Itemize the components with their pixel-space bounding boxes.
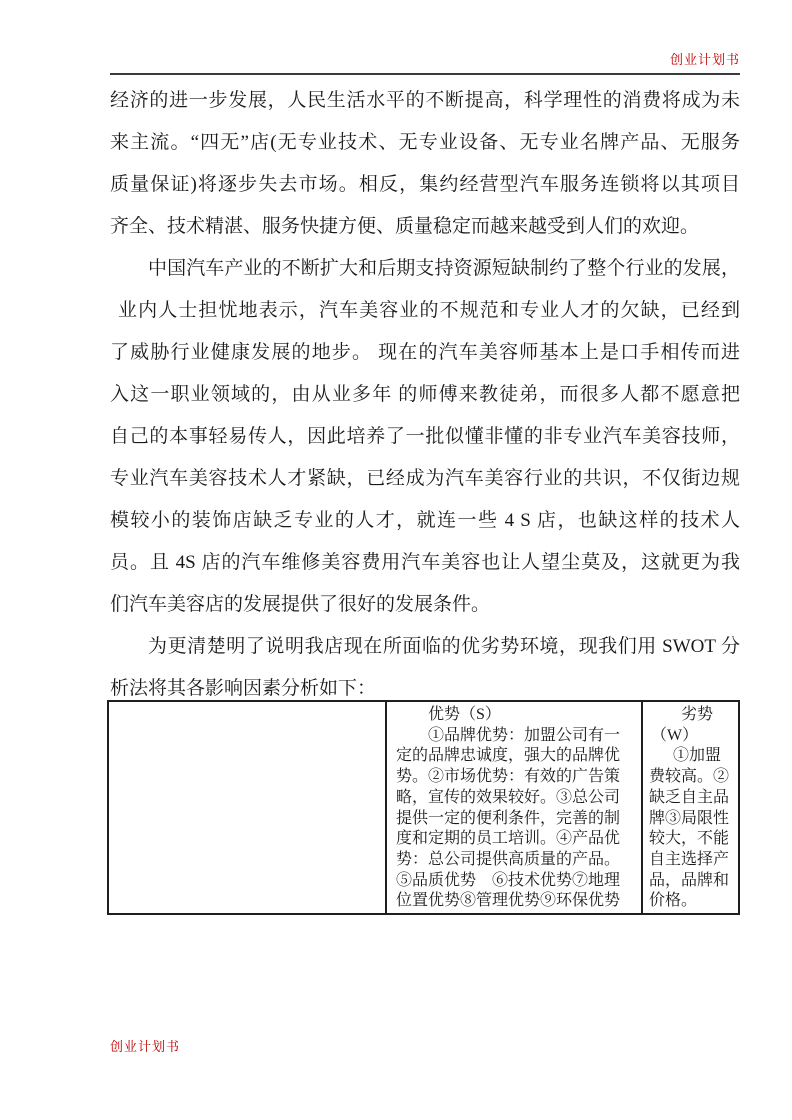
strengths-line: 位置优势⑧管理优势⑨环保优势 bbox=[396, 891, 633, 912]
body-line: 入这一职业领域的，由从业多年 的师傅来教徒弟，而很多人都不愿意把 bbox=[110, 374, 740, 416]
swot-table-weaknesses-cell: 劣势（W）①加盟费较高。②缺乏自主品牌③局限性较大，不能自主选择产品，品牌和价格… bbox=[641, 702, 738, 913]
body-line: 齐全、技术精湛、服务快捷方便、质量稳定而越来越受到人们的欢迎。 bbox=[110, 206, 740, 248]
weaknesses-line: 劣势 bbox=[649, 705, 734, 726]
weaknesses-line: 价格。 bbox=[649, 891, 734, 912]
body-line: 质量保证)将逐步失去市场。相反，集约经营型汽车服务连锁将以其项目 bbox=[110, 164, 740, 206]
weaknesses-line: 自主选择产 bbox=[649, 850, 734, 871]
body-line: 自己的本事轻易传人，因此培养了一批似懂非懂的非专业汽车美容技师， bbox=[110, 416, 740, 458]
body-line: 为更清楚明了说明我店现在所面临的优劣势环境，现我们用 SWOT 分 bbox=[110, 626, 740, 668]
strengths-line: 略，宣传的效果较好。③总公司 bbox=[396, 788, 633, 809]
strengths-line: 度和定期的员工培训。④产品优 bbox=[396, 829, 633, 850]
strengths-line: 优势（S） bbox=[396, 705, 633, 726]
strengths-line: 定的品牌忠诚度，强大的品牌优 bbox=[396, 746, 633, 767]
strengths-line: 势：总公司提供高质量的产品。 bbox=[396, 850, 633, 871]
body-text: 经济的进一步发展，人民生活水平的不断提高，科学理性的消费将成为未来主流。“四无”… bbox=[110, 80, 740, 710]
strengths-line: 提供一定的便利条件，完善的制 bbox=[396, 809, 633, 830]
header-rule bbox=[110, 73, 740, 75]
weaknesses-line: 较大，不能 bbox=[649, 829, 734, 850]
body-line: 了威胁行业健康发展的地步。 现在的汽车美容师基本上是口手相传而进 bbox=[110, 332, 740, 374]
page-header-title: 创业计划书 bbox=[110, 50, 740, 70]
weaknesses-line: ①加盟 bbox=[649, 746, 734, 767]
body-line: 业内人士担忧地表示，汽车美容业的不规范和专业人才的欠缺，已经到 bbox=[110, 290, 740, 332]
body-line: 中国汽车产业的不断扩大和后期支持资源短缺制约了整个行业的发展， bbox=[110, 248, 740, 290]
weaknesses-line: （W） bbox=[649, 726, 734, 747]
body-line: 专业汽车美容技术人才紧缺，已经成为汽车美容行业的共识，不仅街边规 bbox=[110, 458, 740, 500]
weaknesses-line: 品，品牌和 bbox=[649, 871, 734, 892]
body-line: 经济的进一步发展，人民生活水平的不断提高，科学理性的消费将成为未 bbox=[110, 80, 740, 122]
strengths-line: ①品牌优势：加盟公司有一 bbox=[396, 726, 633, 747]
strengths-line: ⑤品质优势 ⑥技术优势⑦地理 bbox=[396, 871, 633, 892]
weaknesses-line: 费较高。② bbox=[649, 767, 734, 788]
weaknesses-line: 牌③局限性 bbox=[649, 809, 734, 830]
document-page: 创业计划书 经济的进一步发展，人民生活水平的不断提高，科学理性的消费将成为未来主… bbox=[0, 0, 792, 1120]
body-line: 模较小的装饰店缺乏专业的人才，就连一些 4 S 店，也缺这样的技术人 bbox=[110, 500, 740, 542]
swot-table-empty-cell bbox=[109, 702, 385, 913]
weaknesses-line: 缺乏自主品 bbox=[649, 788, 734, 809]
page-footer-title: 创业计划书 bbox=[110, 1038, 180, 1056]
body-line: 员。且 4S 店的汽车维修美容费用汽车美容也让人望尘莫及，这就更为我 bbox=[110, 542, 740, 584]
body-line: 来主流。“四无”店(无专业技术、无专业设备、无专业名牌产品、无服务 bbox=[110, 122, 740, 164]
swot-table: 优势（S）①品牌优势：加盟公司有一定的品牌忠诚度，强大的品牌优势。②市场优势：有… bbox=[107, 700, 740, 915]
strengths-line: 势。②市场优势：有效的广告策 bbox=[396, 767, 633, 788]
body-line: 们汽车美容店的发展提供了很好的发展条件。 bbox=[110, 584, 740, 626]
swot-table-strengths-cell: 优势（S）①品牌优势：加盟公司有一定的品牌忠诚度，强大的品牌优势。②市场优势：有… bbox=[385, 702, 641, 913]
